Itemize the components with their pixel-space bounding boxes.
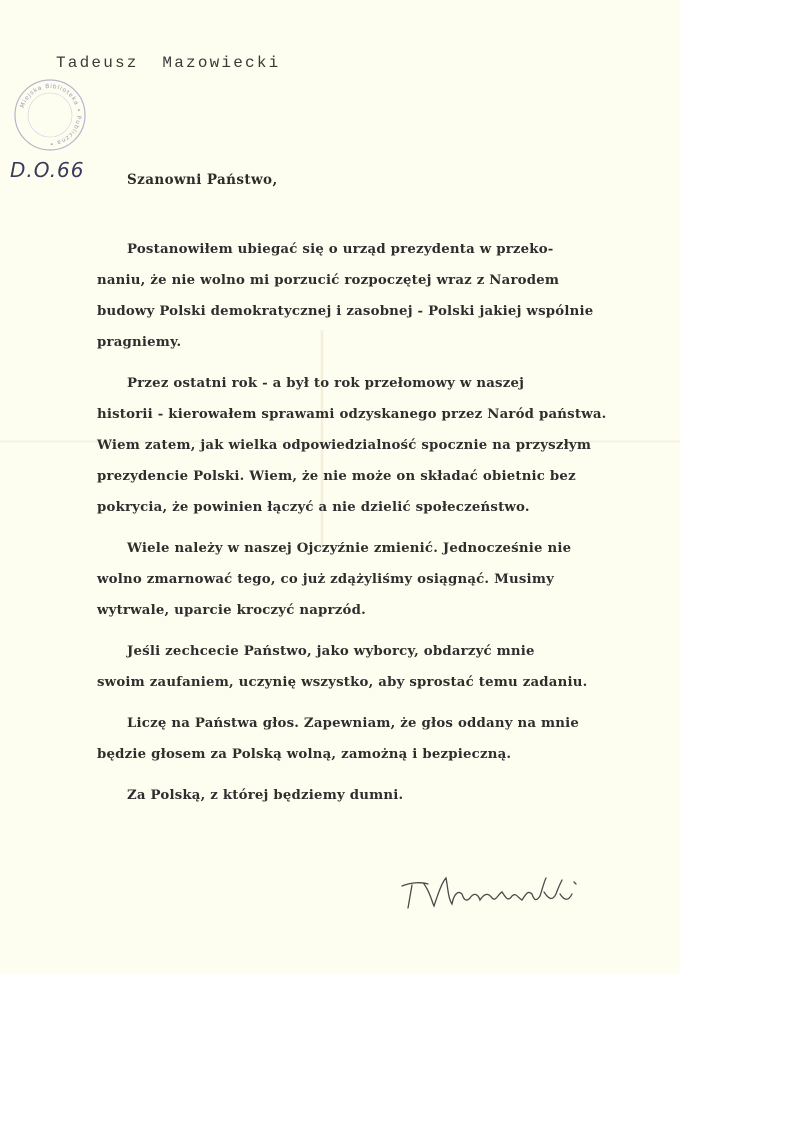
svg-text:Miejska Biblioteka • Publiczna: Miejska Biblioteka • Publiczna •: [19, 83, 82, 147]
closing-line: Za Polską, z której będziemy dumni.: [97, 780, 621, 811]
paragraph: Jeśli zechcecie Państwo, jako wyborcy, o…: [97, 636, 621, 698]
paragraph: Przez ostatni rok - a był to rok przełom…: [97, 368, 621, 523]
letterhead-name: Tadeusz Mazowiecki: [56, 54, 280, 72]
paragraph: Postanowiłem ubiegać się o urząd prezyde…: [97, 234, 621, 358]
library-stamp-icon: Miejska Biblioteka • Publiczna •: [13, 78, 87, 152]
letter-body: Postanowiłem ubiegać się o urząd prezyde…: [127, 234, 621, 821]
handwritten-reference: D.O.66: [10, 158, 85, 182]
paragraph: Wiele należy w naszej Ojczyźnie zmienić.…: [97, 533, 621, 626]
paragraph: Liczę na Państwa głos. Zapewniam, że gło…: [97, 708, 621, 770]
letter-paper: Tadeusz Mazowiecki Miejska Biblioteka • …: [0, 0, 680, 974]
signature-icon: [398, 868, 638, 918]
salutation: Szanowni Państwo,: [127, 172, 278, 188]
